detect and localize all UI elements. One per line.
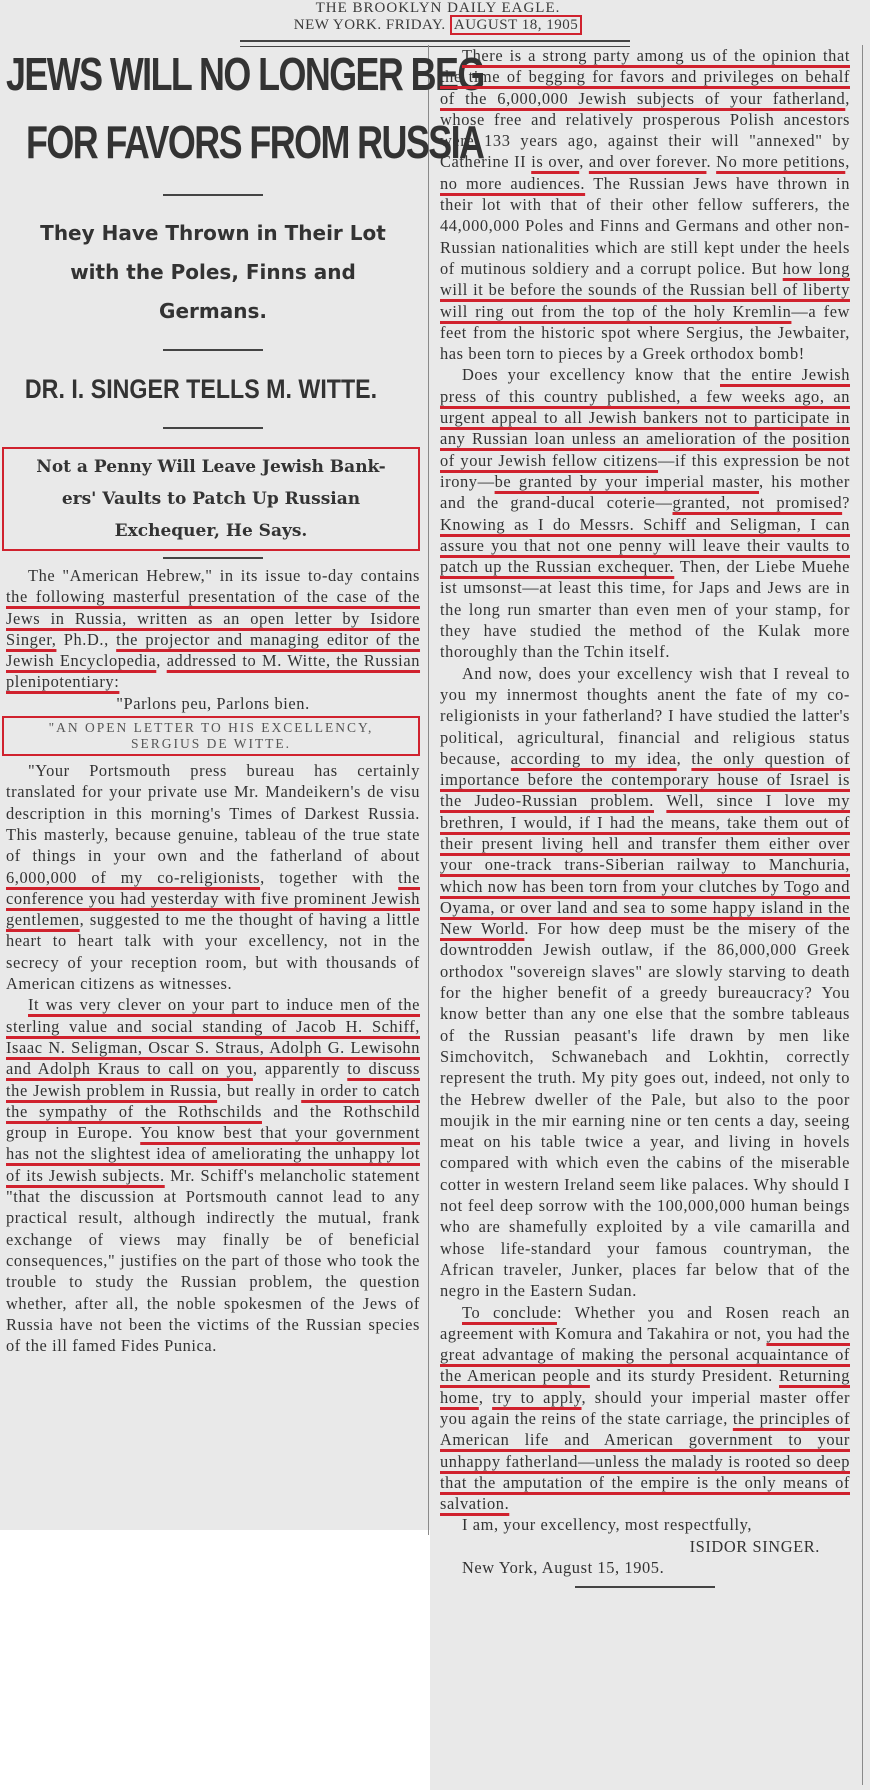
underlined-text: try to apply [492,1388,581,1407]
headline-line-1: JEWS WILL NO LONGER BEG [6,40,329,108]
column-divider [428,45,429,1535]
divider-rule [163,349,263,351]
boxed-deck-line-3: Exchequer, He Says. [8,515,414,547]
letter-paragraph-2: It was very clever on your part to induc… [6,994,420,1356]
deck-line-2: with the Poles, Finns and [6,253,420,292]
underlined-text: There is a strong party among us of the … [440,46,850,108]
text-run: ? [842,493,850,512]
open-letter-heading-line-2: SERGIUS DE WITTE. [4,736,418,752]
letter-paragraph-1: "Your Portsmouth press bureau has certai… [6,760,420,994]
underlined-text: To conclude [462,1303,557,1322]
letter-paragraph-6: To conclude: Whether you and Rosen reach… [440,1302,850,1515]
text-run: , but really [217,1081,301,1100]
closing-line: I am, your excellency, most respectfully… [440,1514,850,1535]
underlined-text: no more audiences. [440,174,585,193]
underlined-text: Well, since I love my brethren, I would,… [440,791,850,938]
text-run: The "American Hebrew," in its issue to-d… [28,566,420,585]
article-body-left: The "American Hebrew," in its issue to-d… [6,565,420,1356]
deck-line-3: Germans. [6,292,420,331]
boxed-deck-line-2: ers' Vaults to Patch Up Russian [8,483,414,515]
text-run: Ph.D., [56,630,116,649]
motto: "Parlons peu, Parlons bien. [6,693,420,714]
text-run: "Your Portsmouth press bureau has certai… [6,761,420,865]
underlined-text: No more petitions [716,152,845,171]
headline-line-2: FOR FAVORS FROM RUSSIA [26,108,333,176]
right-column: There is a strong party among us of the … [440,45,850,1588]
text-run: , [156,651,166,670]
open-letter-heading-box: "AN OPEN LETTER TO HIS EXCELLENCY, SERGI… [2,716,420,756]
divider-rule [163,194,263,196]
underlined-text: be granted by your imperial master [495,472,759,491]
text-run: , apparently [253,1059,347,1078]
underlined-text: granted, not promised [673,493,843,512]
place-and-date: New York, August 15, 1905. [440,1557,850,1578]
text-run: , [677,749,692,768]
text-run: Does your excellency know that [462,365,720,384]
open-letter-heading-line-1: "AN OPEN LETTER TO HIS EXCELLENCY, [4,720,418,736]
underlined-text: and over forever [589,152,707,171]
text-run: , together with [260,868,398,887]
dateline: NEW YORK. FRIDAY. AUGUST 18, 1905 [238,16,638,34]
underlined-text: is over [531,152,579,171]
text-run: and its sturdy President. [590,1366,779,1385]
text-run: , [845,152,850,171]
letter-paragraph-5: And now, does your excellency wish that … [440,663,850,1302]
highlighted-deck-box: Not a Penny Will Leave Jewish Bank- ers'… [2,447,420,551]
newspaper-name: THE BROOKLYN DAILY EAGLE. [238,0,638,16]
underlined-text: 6,000,000 of my co-religionists [6,868,260,887]
divider-rule [163,427,263,429]
text-run: Mr. Schiff's melancholic statement "that… [6,1166,420,1355]
signature: ISIDOR SINGER. [440,1536,850,1557]
text-run: , [579,152,589,171]
end-ornament-rule [575,1586,715,1588]
divider-rule [163,557,263,559]
masthead: THE BROOKLYN DAILY EAGLE. NEW YORK. FRID… [238,0,638,34]
text-run: . [706,152,716,171]
letter-paragraph-4: Does your excellency know that the entir… [440,364,850,662]
text-run: , [479,1388,492,1407]
boxed-deck-line-1: Not a Penny Will Leave Jewish Bank- [8,451,414,483]
dateline-prefix: NEW YORK. FRIDAY. [294,17,446,33]
left-column: JEWS WILL NO LONGER BEG FOR FAVORS FROM … [6,40,420,1356]
deck-line-1: They Have Thrown in Their Lot [6,214,420,253]
text-run: . For how deep must be the misery of the… [440,919,850,1300]
highlighted-date: AUGUST 18, 1905 [450,15,582,35]
intro-paragraph: The "American Hebrew," in its issue to-d… [6,565,420,693]
underlined-text: according to my idea [511,749,677,768]
deck: They Have Thrown in Their Lot with the P… [6,214,420,331]
letter-paragraph-3: There is a strong party among us of the … [440,45,850,364]
article-body-right: There is a strong party among us of the … [440,45,850,1588]
subheadline: DR. I. SINGER TELLS M. WITTE. [13,369,390,409]
right-edge-rule [862,45,863,1785]
text-run [654,791,666,810]
